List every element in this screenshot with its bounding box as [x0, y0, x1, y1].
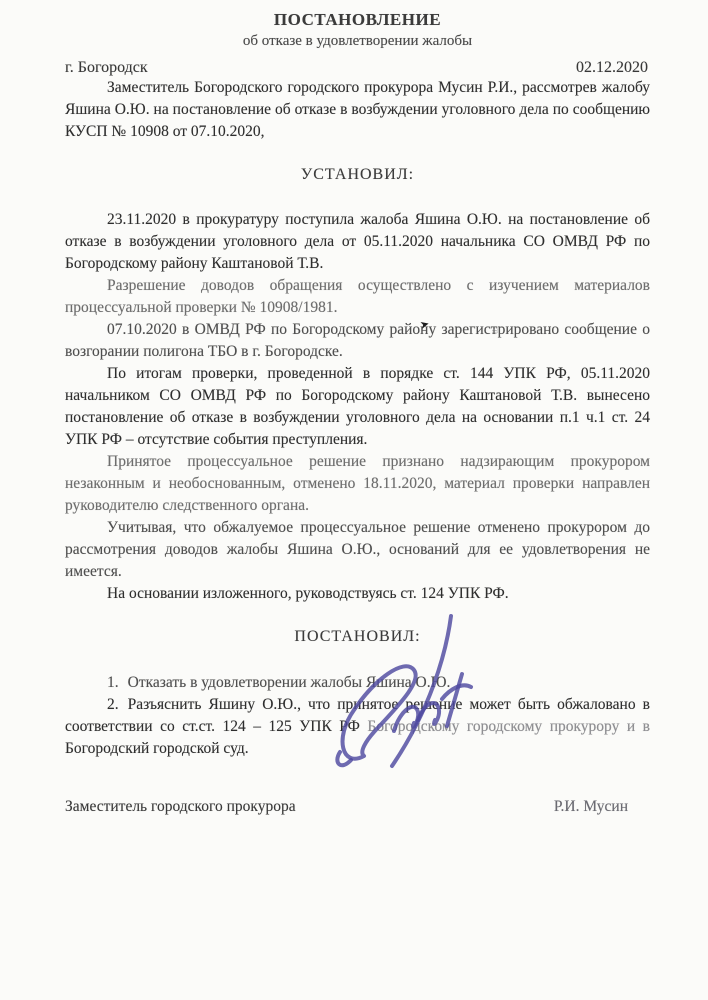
established-paragraph-4: По итогам проверки, проведенной в порядк… — [65, 363, 650, 451]
section-heading-resolved: ПОСТАНОВИЛ: — [65, 628, 650, 646]
resolved-item-2-text-end: Богородский городской суд. — [65, 740, 249, 757]
signatory-name: Р.И. Мусин — [554, 798, 650, 816]
document-page: ПОСТАНОВЛЕНИЕ об отказе в удовлетворении… — [0, 0, 708, 1000]
signature-row: Заместитель городского прокурора Р.И. Му… — [65, 798, 650, 816]
signature-label: Заместитель городского прокурора — [65, 798, 296, 816]
city-label: г. Богородск — [65, 59, 148, 77]
established-paragraph-1: 23.11.2020 в прокуратуру поступила жалоб… — [65, 209, 650, 275]
resolved-item-1: 1.Отказать в удовлетворении жалобы Яшина… — [65, 672, 650, 694]
intro-paragraph: Заместитель Богородского городского прок… — [65, 77, 650, 143]
resolved-item-1-number: 1. — [107, 674, 119, 691]
established-paragraph-3: 07.10.2020 в ОМВД РФ по Богородскому рай… — [65, 319, 650, 363]
squiggle-mark-icon: ≈ — [492, 326, 498, 338]
resolved-item-2: 2.Разъяснить Яшину О.Ю., что принятое ре… — [65, 694, 650, 760]
section-heading-established: УСТАНОВИЛ: — [65, 166, 650, 184]
resolved-item-2-number: 2. — [107, 696, 119, 713]
date-label: 02.12.2020 — [576, 59, 650, 77]
document-title: ПОСТАНОВЛЕНИЕ — [65, 10, 650, 30]
established-paragraph-2: Разрешение доводов обращения осуществлен… — [65, 275, 650, 319]
established-paragraph-5: Принятое процессуальное решение признано… — [65, 451, 650, 517]
established-paragraph-6: Учитывая, что обжалуемое процессуальное … — [65, 517, 650, 583]
resolved-list: 1.Отказать в удовлетворении жалобы Яшина… — [65, 672, 650, 760]
established-paragraph-7: На основании изложенного, руководствуясь… — [65, 583, 650, 605]
resolved-item-2-text-faded: Богородскому городскому прокурору и в — [367, 718, 650, 735]
meta-row: г. Богородск 02.12.2020 — [65, 59, 650, 77]
resolved-item-1-text: Отказать в удовлетворении жалобы Яшина О… — [128, 674, 451, 691]
document-subtitle: об отказе в удовлетворении жалобы — [65, 33, 650, 50]
